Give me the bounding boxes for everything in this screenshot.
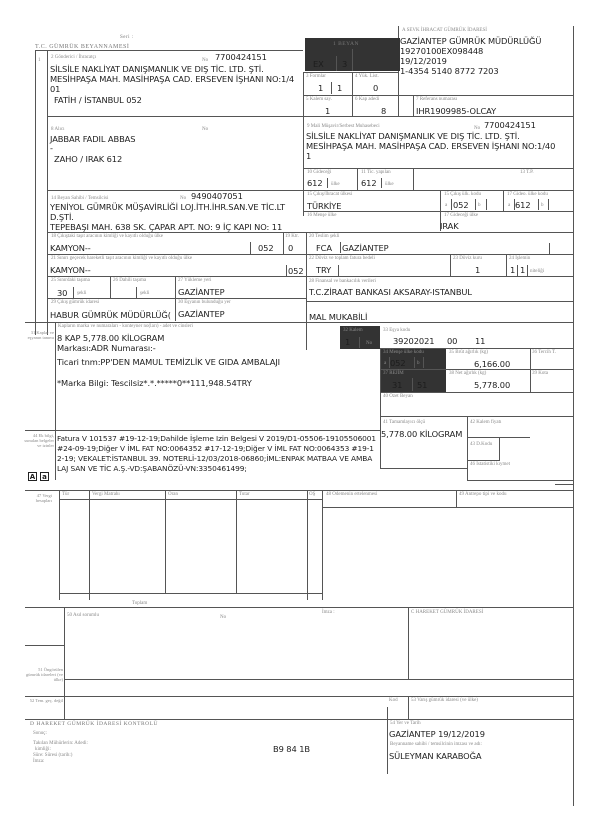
box-8-line-1: JABBAR FADIL ABBAS xyxy=(50,134,135,144)
box-47-col-oran: Oran xyxy=(168,492,178,498)
divider xyxy=(303,72,398,73)
box-22-label: 22 Döviz ve toplam fatura bedeli xyxy=(309,256,375,262)
divider xyxy=(47,298,306,299)
box-54-place-date: GAZİANTEP 19/12/2019 xyxy=(389,729,485,739)
divider xyxy=(381,178,382,188)
divider xyxy=(331,82,332,94)
box-17-value: IRAK xyxy=(440,221,459,231)
box-2-line-3: 01 xyxy=(50,84,60,94)
divider xyxy=(530,348,531,392)
box-a-label: A SEVK İHRACAT GÜMRÜK İDARESİ xyxy=(402,28,487,34)
divider xyxy=(456,490,457,507)
box-28-line-2: MAL MUKABİLİ xyxy=(309,312,367,322)
divider xyxy=(380,392,573,393)
section-d-line-1: Sonuç: xyxy=(33,731,47,737)
box-1-type: EX xyxy=(313,59,324,69)
box-4-label: 4 Yük. List. xyxy=(355,74,379,80)
box-47-col-tur: Tür xyxy=(62,492,69,498)
divider xyxy=(503,190,504,211)
box-5-value: 1 xyxy=(325,106,330,116)
form-left-border xyxy=(35,50,36,335)
divider xyxy=(340,242,341,253)
divider xyxy=(475,199,476,210)
box-27-label: 27 Yükleme yeri xyxy=(178,278,211,284)
box-25-label: 25 Sınırdaki taşıma xyxy=(51,278,90,284)
box-28-label: 28 Finansal ve bankacılık verileri xyxy=(309,279,376,285)
box-21-value: KAMYON-- xyxy=(50,265,91,275)
box-31-line-3: Ticari tnm:PP'DEN MAMUL TEMİZLİK VE GIDA… xyxy=(57,357,280,367)
divider xyxy=(387,707,388,719)
box-9-no: 7700424151 xyxy=(484,120,536,130)
box-44-line-4: LAJ SAN VE TİC A.Ş.-VD:ŞABANÖZÜ-VN:33504… xyxy=(57,464,247,473)
box-29-label: 29 Çıkış gümrük idaresi xyxy=(51,300,99,306)
divider xyxy=(73,287,74,298)
divider xyxy=(467,416,468,480)
divider xyxy=(25,430,380,431)
box-24-label: 24 İşlemin xyxy=(509,256,530,262)
box-2-label: 2 Gönderici / İhracatçı xyxy=(51,55,96,61)
box-47-col-os: ÖŞ xyxy=(309,492,315,498)
box-8-line-3: ZAHO / IRAK 612 xyxy=(54,154,122,164)
box-54-signer: SÜLEYMAN KARABOĞA xyxy=(389,751,482,761)
box-1-divider-2 xyxy=(352,49,353,71)
box-41-value: 5,778.00 KİLOGRAM xyxy=(381,429,462,439)
box-32-label: 32 Kalem xyxy=(343,328,363,334)
box-14-line-2: D.ŞTİ. xyxy=(50,212,74,222)
divider xyxy=(59,490,60,600)
box-52-kod-label: Kod xyxy=(389,698,398,704)
divider xyxy=(527,265,528,276)
divider xyxy=(408,607,409,680)
form-top-border xyxy=(35,50,303,51)
divider xyxy=(451,199,452,210)
box-11-value: 612 xyxy=(361,178,377,188)
box-44-line-3: 2-19; VEKALET:İSTANBUL 39. NOTERLİ-12/03… xyxy=(57,454,372,463)
box-31-line-2: Markası:ADR Numarası:- xyxy=(57,343,156,353)
box-13-label: 13 T.P. xyxy=(520,170,534,176)
box-15a-label: 15 Çıkış ülk. kodu xyxy=(444,192,481,198)
divider xyxy=(338,265,339,276)
box-8-no-label: No xyxy=(202,127,208,133)
box-14-no: 9490407051 xyxy=(191,191,243,201)
box-20-code: FCA xyxy=(316,243,332,253)
divider xyxy=(303,168,573,169)
box-15a-value: 052 xyxy=(453,200,469,210)
box-2-line-4: FATİH / İSTANBUL 052 xyxy=(54,95,142,105)
divider xyxy=(59,593,322,594)
box-24-a: 1 xyxy=(510,265,515,275)
divider xyxy=(25,645,65,646)
box-31-label: Kapların marka ve numaraları - konteyner… xyxy=(58,324,193,330)
box-3-value-a: 1 xyxy=(318,83,323,93)
divider xyxy=(47,116,573,117)
box-44-line-2: #24-09-19;Diğer V İML FAT NO:0064352 #17… xyxy=(57,444,374,453)
divider xyxy=(538,199,539,210)
divider xyxy=(286,265,287,276)
divider xyxy=(327,178,328,188)
box-32-suffix: No xyxy=(366,341,372,347)
divider xyxy=(283,232,284,254)
divider xyxy=(467,460,500,461)
box-20-place: GAZİANTEP xyxy=(342,243,389,253)
divider xyxy=(549,243,550,254)
divider xyxy=(387,719,388,774)
divider xyxy=(136,287,137,298)
box-23-label: 23 Döviz kuru xyxy=(453,256,482,262)
box-37-label: 37 REJİM xyxy=(383,371,404,377)
divider xyxy=(499,437,500,460)
divider xyxy=(517,265,518,276)
divider xyxy=(555,484,573,485)
box-40-label: 40 Özet Beyan xyxy=(383,394,413,400)
box-37-b: 51 xyxy=(417,380,427,390)
box-32-value: 1 xyxy=(345,337,350,347)
box-2-line-2: MESİHPAŞA MAH. MASİHPAŞA CAD. ERSEVEN İŞ… xyxy=(50,74,294,84)
box-a-reference: 1-4354 5140 8772 7203 xyxy=(400,66,499,76)
divider xyxy=(165,490,166,593)
box-50-sign-label: İmza : xyxy=(322,610,335,616)
divider xyxy=(380,348,573,349)
box-21-label: 21 Sınırı geçecek hareketli taşıt aracın… xyxy=(51,256,192,262)
box-10-suffix: ülke xyxy=(331,182,340,188)
box-35-label: 35 Brüt ağırlık (kg) xyxy=(449,350,488,356)
divider xyxy=(307,490,308,600)
divider xyxy=(25,322,573,323)
box-36-label: 36 Tercih T. xyxy=(532,350,556,356)
box-49-label: 49 Antrepo tipi ve kodu xyxy=(459,492,507,498)
box-8-label: 8 Alıcı xyxy=(51,127,64,133)
box-28-line-1: T.C.ZİRAAT BANKASI AKSARAY-ISTANBUL xyxy=(309,287,472,297)
divider xyxy=(55,322,56,430)
box-41-label: 41 Tamamlayıcı ölçü xyxy=(383,420,425,426)
divider xyxy=(47,190,573,191)
box-18-label: 18 Çıkıştaki taşıt aracının kimliği ve k… xyxy=(51,234,163,240)
box-54-label: 54 Yer ve Tarih xyxy=(390,721,421,727)
divider xyxy=(47,276,573,277)
box-18-country: 052 xyxy=(258,243,274,253)
divider xyxy=(59,499,322,500)
box-a-date: 19/12/2019 xyxy=(400,56,447,66)
box-54-signer-label: Beyanname sahibi / temsilcinin imzası ve… xyxy=(390,742,482,748)
box-14-line-1: YENİYOL GÜMRÜK MÜŞAVİRLİĞİ LOJ.İTH.İHR.S… xyxy=(50,202,285,212)
box-43-label: 43 D.Kodu xyxy=(470,442,492,448)
divider xyxy=(303,211,573,212)
divider xyxy=(548,199,549,210)
box-31-side-label: 31 Kaplar ve eşyanın tanımı xyxy=(24,330,54,340)
section-c-label: C HAREKET GÜMRÜK İDARESİ xyxy=(411,610,483,616)
box-27-value: GAZİANTEP xyxy=(178,287,225,297)
box-17a-label: 17 Gideo. ülke kodu xyxy=(507,192,548,198)
box-9-line-3: 1 xyxy=(306,151,311,161)
box-46-label: 46 İstatistiki kıymet xyxy=(470,462,510,468)
box-16-label: 16 Menşe ülke xyxy=(307,213,336,219)
divider xyxy=(64,607,65,719)
divider xyxy=(352,72,353,116)
divider xyxy=(450,254,451,276)
divider xyxy=(408,696,409,719)
box-5-label: 5 Kalem say. xyxy=(306,97,332,103)
divider xyxy=(110,276,111,298)
box-34-b: b xyxy=(417,361,420,367)
divider xyxy=(322,507,573,508)
box-a-registration: 19270100EX098448 xyxy=(400,46,483,56)
box-10-value: 612 xyxy=(307,178,323,188)
section-d-label: D HAREKET GÜMRÜK İDARESİ KONTROLÜ xyxy=(30,721,158,727)
form-right-border xyxy=(573,26,574,806)
box-7-label: 7 Referans numarası xyxy=(416,97,457,103)
box-1-code: 3 xyxy=(342,59,347,69)
box-35-value: 6,166.00 xyxy=(474,359,510,369)
box-38-label: 38 Net ağırlık (kg) xyxy=(449,371,486,377)
box-9-label: 9 Mali Müşavir/Serbest Muhasebeci xyxy=(307,124,380,130)
box-6-value: 8 xyxy=(381,106,386,116)
box-31-line-5: *Marka Bilgi: Tescilsiz*.*.*****0**111,9… xyxy=(57,378,252,388)
divider xyxy=(250,242,251,254)
box-18-value: KAMYON-- xyxy=(50,243,91,253)
divider xyxy=(486,199,487,210)
divider xyxy=(380,468,467,469)
divider xyxy=(306,301,573,302)
box-33-label: 33 Eşya kodu xyxy=(383,328,410,334)
box-44-code-b: a xyxy=(40,472,49,481)
box-33-code: 39202021 xyxy=(393,336,434,346)
divider xyxy=(380,416,573,417)
section-d-line-5: İmza: xyxy=(33,759,44,765)
box-14-line-3: TEPEBAŞI MAH. 638 SK. ÇAPAR APT. NO: 9 İ… xyxy=(50,222,282,232)
box-a-office: GAZİANTEP GÜMRÜK MÜDÜRLÜĞÜ xyxy=(400,36,541,46)
box-44-side-label: 44 Ek bilgi, sunulan belgeler ve izinler xyxy=(24,433,54,448)
divider xyxy=(303,116,304,216)
box-15a-a: a xyxy=(445,203,447,209)
box-26-label: 26 Dahili taşıma xyxy=(113,278,146,284)
divider xyxy=(306,232,307,350)
divider xyxy=(423,357,424,368)
box-24-b: 1 xyxy=(520,265,525,275)
box-2-no: 7700424151 xyxy=(215,52,267,62)
box-21-country: 052 xyxy=(288,266,304,276)
divider xyxy=(25,490,573,491)
divider xyxy=(47,254,573,255)
box-47-col-tutar: Tutar xyxy=(239,492,250,498)
divider xyxy=(55,430,56,480)
box-30-label: 30 Eşyanın bulunduğu yer xyxy=(178,300,231,306)
divider xyxy=(380,348,381,468)
box-25-suffix: şekli xyxy=(77,291,86,297)
divider xyxy=(413,168,414,190)
divider xyxy=(25,696,573,697)
box-48-label: 48 Ödemenin ertelenmesi xyxy=(326,492,377,498)
box-38-value: 5,778.00 xyxy=(474,380,510,390)
box-15-label: 15 Çıkış/İhracat ülkesi xyxy=(307,192,352,198)
box-39-label: 39 Kota xyxy=(532,371,548,377)
box-4-value: 0 xyxy=(373,83,378,93)
box-29-value: HABUR GÜMRÜK MÜDÜRLÜĞ( xyxy=(50,310,171,320)
divider xyxy=(236,490,237,593)
divider xyxy=(64,679,573,680)
box-3-value-b: 1 xyxy=(337,83,342,93)
box-53-label: 53 Varış gümrük idaresi (ve ülke) xyxy=(411,698,478,704)
box-25-value: 30 xyxy=(57,288,67,298)
box-34-value: 052 xyxy=(390,358,406,368)
box-51-side-label: 51 Öngörülen gümrük idareleri (ve ülke) xyxy=(24,667,63,682)
box-33-sub2: 11 xyxy=(475,336,485,346)
divider xyxy=(359,337,360,348)
box-47-col-vergi-matrahi: Vergi Matrahı xyxy=(92,492,120,498)
box-17a-value: 612 xyxy=(515,200,531,210)
box-10-label: 10 Gideceği xyxy=(307,170,331,176)
divider xyxy=(89,490,90,600)
box-1-divider-1 xyxy=(336,56,337,71)
box-50-no-label: No xyxy=(220,615,226,621)
form-left-inner-border xyxy=(47,50,48,335)
box-7-value: IHR1909985-OLCAY xyxy=(416,106,496,116)
box-1-marker: 1 xyxy=(38,58,41,64)
box-37-a: 31 xyxy=(392,380,402,390)
box-17-label: 17 Gideceği ülke xyxy=(444,213,478,219)
box-15-value: TÜRKİYE xyxy=(307,201,341,211)
box-2-line-1: SİLSİLE NAKLİYAT DANIŞMANLIK VE DIŞ TİC.… xyxy=(50,64,264,74)
box-11-suffix: ülke xyxy=(385,182,394,188)
box-22-value: TRY xyxy=(316,265,331,275)
box-44-line-1: Fatura V 101537 #19-12-19;Dahilde İşleme… xyxy=(57,434,376,443)
box-6-label: 6 Kap adedi xyxy=(355,97,379,103)
box-34-label: 34 Menşe ülke kodu xyxy=(383,350,424,356)
box-9-line-2: MESİHPAŞA MAH. MASİHPAŞA CAD. ERSEVEN İŞ… xyxy=(306,141,555,151)
divider xyxy=(467,480,573,481)
box-52-side-label: 52 Tem. geç. değil xyxy=(24,698,63,703)
box-50-label: 50 Asıl sorumlu xyxy=(67,613,99,619)
divider xyxy=(303,72,304,116)
box-17a-a: a xyxy=(508,203,510,209)
box-34-a: a xyxy=(384,361,386,367)
box-47-side-label: 47 Vergi hesapları xyxy=(24,493,52,503)
box-23-value: 1 xyxy=(475,265,480,275)
box-20-label: 20 Teslim şekli xyxy=(309,234,339,240)
divider xyxy=(414,357,415,368)
box-26-suffix: şekli xyxy=(140,291,149,297)
divider xyxy=(413,95,414,116)
divider xyxy=(357,168,358,190)
box-15a-b: b xyxy=(478,203,481,209)
box-31-line-1: 8 KAP 5,778.00 KİLOGRAM xyxy=(57,333,164,343)
divider xyxy=(303,95,573,96)
seri-label: Seri : xyxy=(120,35,134,40)
box-44-code-a: A xyxy=(28,472,37,481)
box-42-label: 42 Kalem fiyatı xyxy=(470,420,501,426)
box-3-label: 3 Formlar xyxy=(306,74,326,80)
box-9-line-1: SİLSİLE NAKLİYAT DANIŞMANLIK VE DIŞ TİC.… xyxy=(306,131,520,141)
box-30-value: GAZİANTEP xyxy=(178,309,225,319)
box-1-label: 1 BEYAN xyxy=(333,41,359,47)
divider xyxy=(506,254,507,276)
box-33-sub1: 00 xyxy=(447,336,457,346)
divider xyxy=(380,369,573,370)
box-11-label: 11 Tic. yapılan xyxy=(361,170,391,176)
box-17a-b: b xyxy=(541,203,544,209)
section-d-code: B9 84 1B xyxy=(273,744,310,754)
divider xyxy=(412,378,413,391)
divider xyxy=(47,232,573,233)
box-24-suffix: niteliği xyxy=(530,269,544,275)
box-19-value: 0 xyxy=(288,243,293,253)
divider xyxy=(25,607,573,608)
box-19-label: 19 Ktr. xyxy=(285,234,299,240)
box-8-line-2: - xyxy=(50,143,53,153)
divider xyxy=(25,719,573,720)
